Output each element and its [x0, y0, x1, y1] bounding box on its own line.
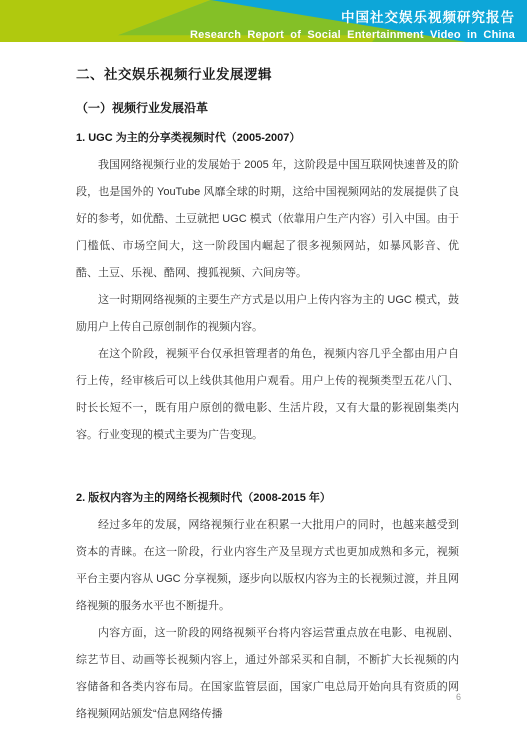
subsection-2-paragraph-2: 内容方面，这一阶段的网络视频平台将内容运营重点放在电影、电视剧、综艺节目、动画等…: [76, 620, 459, 728]
page-header-banner: 中国社交娱乐视频研究报告 Research Report of Social E…: [0, 0, 527, 42]
subsection-1-paragraph-3: 在这个阶段，视频平台仅承担管理者的角色，视频内容几乎全都由用户自行上传，经审核后…: [76, 341, 459, 449]
page-number: 6: [456, 692, 461, 702]
document-content: 二、社交娱乐视频行业发展逻辑 （一）视频行业发展沿革 1. UGC 为主的分享类…: [0, 42, 527, 728]
subsection-1-heading: 1. UGC 为主的分享类视频时代（2005-2007）: [76, 131, 459, 146]
section-heading: （一）视频行业发展沿革: [76, 100, 459, 117]
subsection-2-paragraph-1: 经过多年的发展，网络视频行业在积累一大批用户的同时，也越来越受到资本的青睐。在这…: [76, 512, 459, 620]
chapter-heading: 二、社交娱乐视频行业发展逻辑: [76, 65, 459, 84]
subsection-1-paragraph-1: 我国网络视频行业的发展始于 2005 年，这阶段是中国互联网快速普及的阶段，也是…: [76, 152, 459, 287]
banner-titles: 中国社交娱乐视频研究报告 Research Report of Social E…: [190, 0, 515, 41]
subsection-1-paragraph-2: 这一时期网络视频的主要生产方式是以用户上传内容为主的 UGC 模式，鼓励用户上传…: [76, 287, 459, 341]
subsection-2-heading: 2. 版权内容为主的网络长视频时代（2008-2015 年）: [76, 491, 459, 506]
report-page: 中国社交娱乐视频研究报告 Research Report of Social E…: [0, 0, 527, 738]
report-title-zh: 中国社交娱乐视频研究报告: [190, 6, 515, 26]
report-title-en: Research Report of Social Entertainment …: [190, 29, 515, 41]
